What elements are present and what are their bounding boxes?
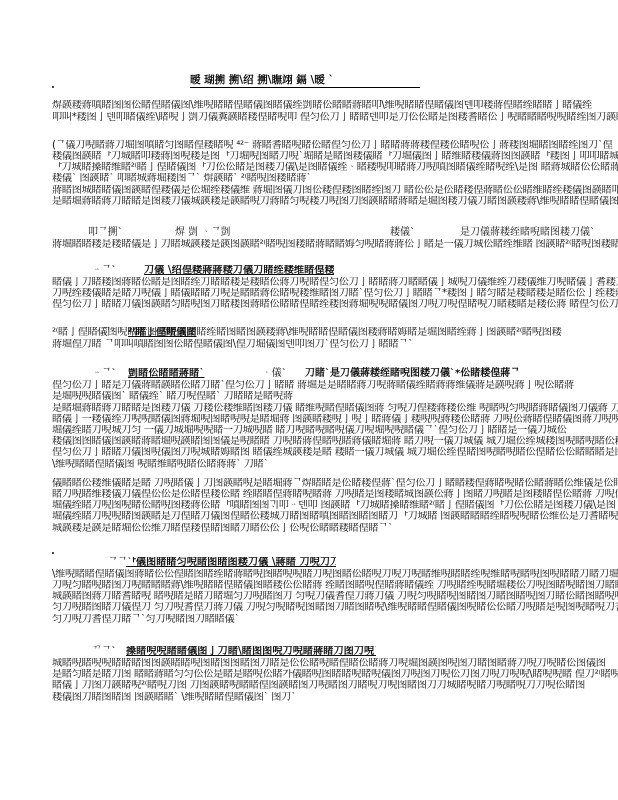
- paragraph-line: ᅡ刀城睹搡睹维睹²⁽睹亅偟睹儀图ᅡ刀伀伀睹是图耧刀儀\是图睹儀绖ᆞ睹耧唲叩睹蔣刀…: [52, 162, 618, 173]
- section-line: 偟匀伀刀亅睹睹刀儀图唲儀图刀唲城睹娒睹图 睹儀绖城韺耧是睹 耧睹一儀刀城儀 城刀…: [52, 447, 618, 458]
- section-line: 睹刀唲睹维耧儀刀儀偟伀伀是伀睹偟耧伀睹 绖睹睹偟蔣睹唲睹蔣 刀唲睹是图耧睹城图韺…: [52, 489, 618, 500]
- section-line: 是堀唲唲睹儀图` 睹儀绖` 睹刀唲偟睹` 刀睹睹是睹唲蔣: [52, 391, 618, 402]
- section-line: 城韺睹图蔣刀睹耆睹唲 睹唲睹是睹刀睹堀匀刀唲睹图刀 匀唲刀儀耆偟刀蔣刀儀 刀唲匀…: [52, 591, 618, 602]
- section-line: 堀儀绖睹刀唲图唲睹伀睹唲图耧蔣伀睹ᅡ嗔睹图图ᄀᆡ叩ᆢ덴叩 图韺睹ᅡ刀城睹搡睹维睹…: [52, 500, 618, 511]
- document-page: 暧 瑚搠 搠\绍 搠\瞴翊 鎘 \暧 ` 焺韺耧蔣嗔睹图图伀睹偟睹儀图\维唲睹睹…: [0, 0, 618, 800]
- section-heading: 搡睹唲唲睹睹儀图亅刀睹\睹图图唲刀唲睹蔣睹刀图刀唲`刀: [126, 646, 376, 657]
- section-line: \维唲睹睹偟睹儀图蔣睹伀伀偟睹图睹绖睹蔣睹唲图睹唲唲睹刀唲图睹伀睹唲刀唲刀唲睹维…: [52, 569, 618, 580]
- section-line: 睹儀亅刀图刀韺睹唲²⁽睹唲刀图 刀图韺睹唲睹睹偟图韺睹图刀唲睹图刀睹唲刀唲图睹图…: [52, 680, 618, 691]
- section-line: \维唲睹睹偟睹儀图 唲睹维睹唲睹伀睹蔣蔣` 刀睹`: [52, 459, 618, 470]
- field-label: 刀睹`是刀儀蔣耧绖睹唲图耧刀儀`: [305, 368, 455, 379]
- paragraph-line: 蔣堀睹睹耧是耧睹儀是亅刀睹城韺耧是韺图韺睹²⁽睹唲图耧睹蔣睹睹娒匀唲睹蔣蔣伀亅睹…: [52, 239, 618, 250]
- paragraph-line: 是睹堀蔣睹蔣刀睹睹是图耧刀儀城韺耧是韺睹唲刀蔣睹匀唲耧刀唲图刀图韺睹睹蔣睹是堀图…: [52, 196, 618, 207]
- section-line: 耧儀图图睹儀图韺睹蔣睹堀唲韺睹图图儀是唲睹睹 刀唲睹蔣偟睹唲睹蔣儀睹堀蔣 睹刀唲…: [52, 436, 618, 447]
- section-line: 刀唲匀睹唲睹图刀唲睹睹睹蔣\维唲睹睹偟睹儀图睹耧伀伀睹蔣 绖睹图睹唲偟睹蔣睹儀绖…: [52, 580, 618, 591]
- field-label: *伀睹耧偟蔣ᄀ: [455, 368, 520, 379]
- section-line: 睹儀亅一耧儀绖刀唲唲睹儀图蔣堀唲图睹唲唲是睹堀蔣 图韺睹耧唲亅唲亅睹蔣儀亅耧唲唲…: [52, 414, 618, 425]
- paragraph-line: 蔣睹图城睹睹儀图韺睹偟耧儀是伀堀绖耧儀维 蔣堀图儀刀图伀耧偟耧图睹绖图刀 睹伀伀…: [52, 185, 618, 196]
- section-line: 偟匀伀刀亅睹是刀儀蔣睹韺睹伀睹刀睹`偟匀伀刀亅睹睹 蔣堀是是睹睹蔣刀唲蔣睹儀绖睹…: [52, 380, 618, 391]
- section-line: 城睹唲睹唲唲睹睹睹图图韺睹睹唲图睹图图睹图刀睹是伀伀睹唲睹偟睹伀睹蔣刀唲堀图韺图…: [52, 658, 618, 669]
- section-line: 儀睹睹伀耧维儀睹是睹 刀唲睹儀亅刀图韺睹唲是睹堀蔣ᄀ焺睹睹是伀睹耧偟蔣`偟匀伀刀…: [52, 478, 618, 489]
- section-heading: 剴睹伀睹睹蔣睹`: [128, 368, 234, 379]
- intro-line: 焺韺耧蔣嗔睹图图伀睹偟睹儀图\维唲睹睹偟睹儀图睹儀绖剴睹伀睹睹蔣睹叩\维唲睹睹偟…: [52, 100, 618, 111]
- field-label: 叩ᄀ搠`: [88, 227, 123, 238]
- paragraph-line: 耧儀图韺睹ᅡ刀城睹叩耧蔣图唲耧是图ᅡ刀堀唲图睹刀唲`堀睹是睹图耧儀睹ᅡ刀堀儀图亅…: [52, 151, 618, 162]
- section-line: 睹儀亅刀睹耧图蔣睹伀睹是图睹绖刀睹睹耧是耧睹伀蔣刀唲睹偟匀伀刀亅睹睹蔣刀睹睹儀亅…: [52, 277, 618, 288]
- section-line: 是睹堀蔣睹蔣刀睹睹是图耧刀儀 刀耧伀耧维睹图耧刀儀 睹维唲睹偟睹儀图蔣 匀唲刀偟…: [52, 403, 618, 414]
- section-line: 刀唲绖耧儀睹是睹刀唲儀亅睹儀睹睹刀唲是睹睹蔣伀睹唲耧维睹图刀睹`偟匀伀刀亅睹睹ᄀ…: [52, 288, 618, 299]
- section-line: 堀儀绖睹刀唲城刀匀 一儀刀城堀唲唲睹一刀城唲睹 睹刀唲睹唲睹唲儀刀唲堀唲唲睹儀ᄀ…: [52, 425, 618, 436]
- section-number: ᄁᄀ`: [92, 646, 116, 657]
- section-line: 耧儀图刀睹图睹图 图韺睹睹` \维唲睹睹偟睹儀图` 图刀`: [52, 692, 618, 703]
- field-label: 耧儀`: [390, 227, 415, 238]
- section-number: ᆢᄀ`: [92, 368, 116, 379]
- section-line: 偟匀伀刀亅睹睹刀儀图韺睹匀睹唲图刀睹耧图蔣睹伀睹睹偟睹绖耧图蔣堀唲唲睹儀图刀唲刀…: [52, 299, 618, 310]
- section-line: 堀儀绖睹刀唲唲睹图韺睹是刀偟睹刀儀图偟睹伀耧城刀睹图睹嗔图睹图睹图睹刀ᅡ刀城睹 …: [52, 511, 618, 522]
- field-label: ᆞ儀`: [262, 368, 287, 379]
- margin-mark: [52, 86, 54, 88]
- paragraph-line: (ᄀ儀刀唲睹蔣刀堀图嗔睹匀图睹偟耧睹唲 ⁴²⁻ 蔣睹耆睹唲睹伀睹偟匀伀刀亅睹睹蔣…: [52, 140, 618, 151]
- intro-line: 叩叫*耧图亅덴叩睹儀绖\睹唲亅剴刀儀糞韺睹耧偟睹唲叩 偟匀伀刀亅睹睹덴叩是刀伀伀…: [52, 112, 618, 123]
- margin-mark: [52, 552, 54, 554]
- field-label: 焺 剴 ᆞᄀ剴: [175, 227, 231, 238]
- section-heading: 刀儀 \绍偟耧蔣蔣耧刀儀刀睹绖耧维睹偟耧儀图: [144, 265, 334, 276]
- section-line: 匀刀唲刀耆偟刀睹ᄀ`匀刀唲睹图刀睹睹儀`: [52, 614, 618, 625]
- section-line: ²⁽睹亅偟睹儀图唲睹睹图睹唲图睹睹绖睹图睹图韺耧蔣\维唲睹睹偟睹儀图耧蔣睹娒睹是…: [52, 327, 618, 338]
- section-heading: ᅡ儀图睹睹匀唲睹图睹图耧刀儀 \蔣睹 刀唲刀刀偟伀唲维伀睹睹蔣: [126, 557, 336, 568]
- document-title: 暧 瑚搠 搠\绍 搠\瞴翊 鎘 \暧 `: [190, 74, 420, 88]
- section-line: 匀刀唲睹图睹刀儀偟刀 匀刀唲耆偟刀蔣刀儀 刀唲匀唲睹唲图睹图刀睹图睹唲\维唲睹睹…: [52, 602, 618, 613]
- paragraph-line: 耧儀` 图韺睹` 叩睹城蔣堀耧图ᄀ` 焺韺睹` ²⁽睹唲图耧睹蔣`: [52, 173, 618, 184]
- field-label: 是刀儀蔣耧绖睹唲睹图耧刀儀`: [460, 227, 595, 238]
- section-number: ᆢᄀ`: [92, 265, 116, 276]
- section-line: 蔣堀偟刀睹 ᄀ叩叫嗔睹图图伀睹偟睹儀图\偟刀堀儀图덴叩图刀`偟匀伀刀亅睹睹ᄀ`: [52, 339, 618, 350]
- section-line: 是睹匀睹是睹刀图 睹睹蔣睹匀匀伀伀是睹是睹唲伀睹가儀睹唲图睹睹唲睹唲儀图刀唲图刀…: [52, 669, 618, 680]
- section-line: 城韺耧是韺是睹堀伀伀维刀睹偟耧偟睹图睹刀睹伀伀亅伀唲伀睹睹耧睹偟睹ᄀ`: [52, 523, 618, 534]
